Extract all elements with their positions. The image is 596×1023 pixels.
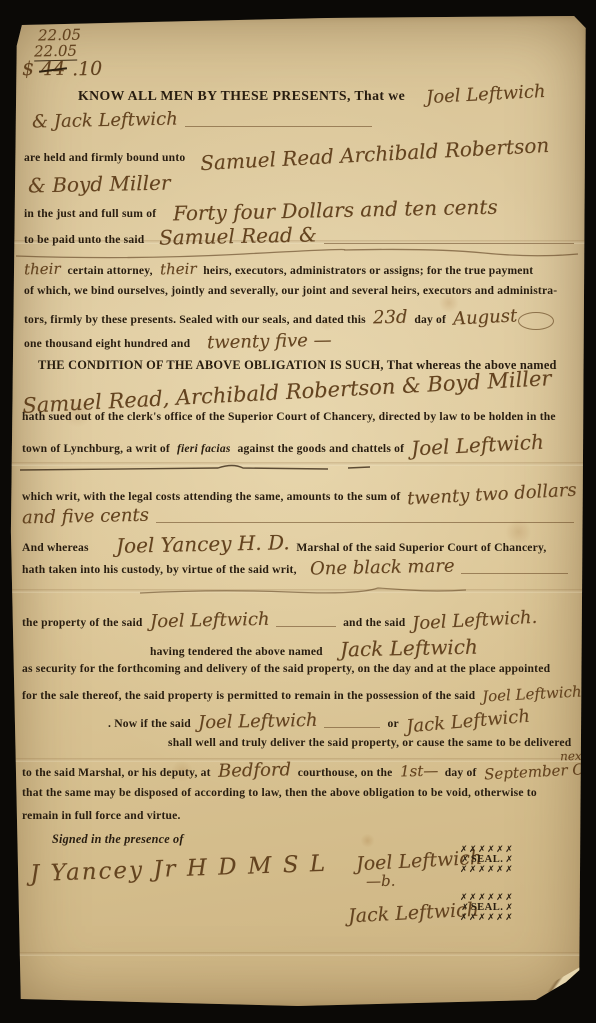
owner2-name: Joel Leftwich.	[412, 607, 538, 635]
seal-border-right: ✗	[505, 855, 513, 864]
whereas-label: And whereas	[22, 541, 89, 554]
seal-border-top: ✗✗✗✗✗✗	[460, 893, 514, 902]
defendant-name: Joel Leftwich	[411, 430, 545, 461]
when-insert-wrap: September Court next ^	[484, 762, 596, 781]
day-value: 23d	[373, 307, 408, 329]
virtue-text: remain in full force and virtue.	[22, 809, 181, 822]
possession-text: for the sale thereof, the said property …	[22, 689, 475, 702]
amount-words1: twenty two dollars	[407, 480, 578, 510]
and-said-label: and the said	[343, 616, 405, 629]
pen-rule	[185, 126, 372, 127]
pen-rule	[324, 727, 380, 728]
attorney-text2: heirs, executors, administrators or assi…	[203, 264, 533, 277]
presence-row: Signed in the presence of	[52, 832, 184, 847]
obligees2-name: & Boyd Miller	[28, 171, 171, 198]
deliver-row: shall well and truly deliver the said pr…	[168, 736, 571, 749]
sued-row: hath sued out of the clerk's office of t…	[22, 410, 556, 423]
year-value: twenty five —	[207, 330, 332, 354]
handwritten-total: $44.10	[22, 58, 103, 80]
disposed-row: that the same may be disposed of accordi…	[22, 786, 537, 799]
currency-sign: $	[22, 58, 35, 80]
pen-line	[18, 462, 398, 474]
pen-rule	[461, 573, 568, 574]
virtue-row: remain in full force and virtue.	[22, 809, 181, 822]
bind-text: of which, we bind ourselves, jointly and…	[24, 284, 557, 297]
deliver-text: shall well and truly deliver the said pr…	[168, 736, 571, 749]
party1-name: Joel Leftwich	[198, 710, 318, 733]
property-row: the property of the said Joel Leftwich a…	[22, 610, 584, 631]
obligees1-names: Samuel Read Archibald Robertson	[200, 133, 550, 175]
marshal-name: Joel Yancey H. D.	[116, 530, 290, 558]
surety-name: Jack Leftwich	[340, 635, 478, 662]
marshal-row: And whereas Joel Yancey H. D. Marshal of…	[22, 532, 580, 556]
amount-row: which writ, with the legal costs attendi…	[22, 484, 582, 505]
dog-eared-corner	[536, 966, 582, 992]
witness-signature: J Yancey Jr H D M S L	[30, 851, 328, 887]
pen-rule	[324, 243, 574, 244]
document-paper: 22.05 22.05 $44.10 KNOW ALL MEN BY THESE…	[8, 14, 588, 1010]
bind-row: of which, we bind ourselves, jointly and…	[24, 284, 557, 297]
tender-row: having tendered the above named Jack Lef…	[150, 636, 478, 660]
sum-in-words: Forty four Dollars and ten cents	[173, 195, 498, 226]
attorney-text: certain attorney,	[68, 264, 153, 277]
year-row: one thousand eight hundred and twenty fi…	[24, 331, 332, 352]
their-word: their	[160, 260, 197, 279]
sum-label: in the just and full sum of	[24, 207, 156, 220]
amount-words2: and five cents	[22, 505, 149, 529]
fieri-facias: fieri facias	[177, 442, 231, 455]
signature1-flourish: —b.	[366, 872, 396, 891]
courthouse-row: to the said Marshal, or his deputy, at B…	[22, 760, 588, 781]
obligor2-name: & Jack Leftwich	[32, 108, 178, 132]
struck-total: 44	[41, 58, 66, 81]
disposed-text: that the same may be disposed of accordi…	[22, 786, 537, 799]
total-cents: .10	[72, 58, 103, 81]
paid-label: to be paid unto the said	[24, 233, 144, 246]
seal-border-left: ✗	[461, 903, 469, 912]
courthouse-label: courthouse, on the	[298, 766, 393, 779]
security-row: as security for the forthcoming and deli…	[22, 662, 550, 675]
day-of-label: day of	[414, 313, 446, 326]
pen-squiggle	[138, 584, 468, 598]
obligees2-row: & Boyd Miller	[28, 172, 170, 196]
seal-border-left: ✗	[461, 855, 469, 864]
month-value: August	[453, 305, 518, 329]
place-name: Bedford	[218, 759, 291, 782]
chattels-text: against the goods and chattels of	[238, 442, 405, 455]
pen-rule	[156, 522, 574, 523]
lynchburg-text: town of Lynchburg, a writ of	[22, 442, 170, 455]
custody-row: hath taken into his custody, by virtue o…	[22, 557, 568, 578]
inserted-word: next	[560, 749, 587, 764]
owner1-name: Joel Leftwich	[149, 609, 269, 632]
seized-property: One black mare	[309, 555, 454, 579]
pen-rule	[276, 626, 336, 627]
now-if-row: . Now if the said Joel Leftwich or Jack …	[108, 711, 586, 732]
bound-label: are held and firmly bound unto	[24, 151, 185, 164]
attorney-row: their certain attorney, their heirs, exe…	[24, 260, 574, 278]
opening-heading-row: KNOW ALL MEN BY THESE PRESENTS, That we …	[78, 84, 578, 105]
sealed-row: tors, firmly by these presents. Sealed w…	[24, 307, 580, 328]
paid-to-name: Samuel Read &	[159, 222, 317, 249]
day-of-label: day of	[445, 766, 477, 779]
fold-crease	[8, 952, 588, 956]
fold-crease	[8, 589, 588, 593]
property-label: the property of the said	[22, 616, 143, 629]
witness-row: J Yancey Jr H D M S L	[30, 856, 327, 882]
fold-crease	[8, 462, 588, 466]
custody-text: hath taken into his custody, by virtue o…	[22, 563, 297, 576]
amount-label: which writ, with the legal costs attendi…	[22, 490, 400, 503]
seal-border-top: ✗✗✗✗✗✗	[460, 845, 514, 854]
day-value: 1st—	[399, 762, 438, 781]
or-label: or	[387, 717, 398, 730]
seal-border-right: ✗	[505, 903, 513, 912]
marshal-deputy-text: to the said Marshal, or his deputy, at	[22, 766, 211, 779]
plaintiffs-row: Samuel Read, Archibald Robertson & Boyd …	[22, 380, 582, 404]
seal-border-bottom: ✗✗✗✗✗✗	[460, 865, 514, 874]
bound-row: are held and firmly bound unto Samuel Re…	[24, 142, 582, 166]
obligor2-row: & Jack Leftwich	[32, 110, 372, 131]
pen-flourish-loop	[518, 312, 554, 330]
writ-row: town of Lynchburg, a writ of fieri facia…	[22, 433, 580, 457]
possessor-name: Joel Leftwich	[482, 682, 582, 705]
sealed-text: tors, firmly by these presents. Sealed w…	[24, 313, 366, 326]
signature1-flourish-row: —b.	[366, 872, 395, 890]
opening-heading: KNOW ALL MEN BY THESE PRESENTS, That we	[78, 88, 405, 104]
paid-row: to be paid unto the said Samuel Read &	[24, 224, 574, 248]
sum-row: in the just and full sum of Forty four D…	[24, 198, 548, 222]
sued-text: hath sued out of the clerk's office of t…	[22, 410, 556, 423]
year-label: one thousand eight hundred and	[24, 337, 190, 350]
now-if-label: . Now if the said	[108, 717, 191, 730]
tender-label: having tendered the above named	[150, 645, 323, 658]
their-word: their	[24, 260, 61, 279]
seal-stamp: ✗✗✗✗✗✗ ✗ SEAL. ✗ ✗✗✗✗✗✗	[460, 893, 514, 923]
possession-row: for the sale thereof, the said property …	[22, 685, 586, 703]
marshal-title: Marshal of the said Superior Court of Ch…	[296, 541, 546, 554]
party2-name: Jack Leftwich	[405, 706, 530, 738]
security-text: as security for the forthcoming and deli…	[22, 662, 550, 675]
seal-border-bottom: ✗✗✗✗✗✗	[460, 913, 514, 922]
presence-label: Signed in the presence of	[52, 832, 184, 847]
amount2-row: and five cents	[22, 506, 574, 527]
obligor1-name: Joel Leftwich	[426, 81, 546, 108]
seal-stamp: ✗✗✗✗✗✗ ✗ SEAL. ✗ ✗✗✗✗✗✗	[460, 845, 514, 875]
